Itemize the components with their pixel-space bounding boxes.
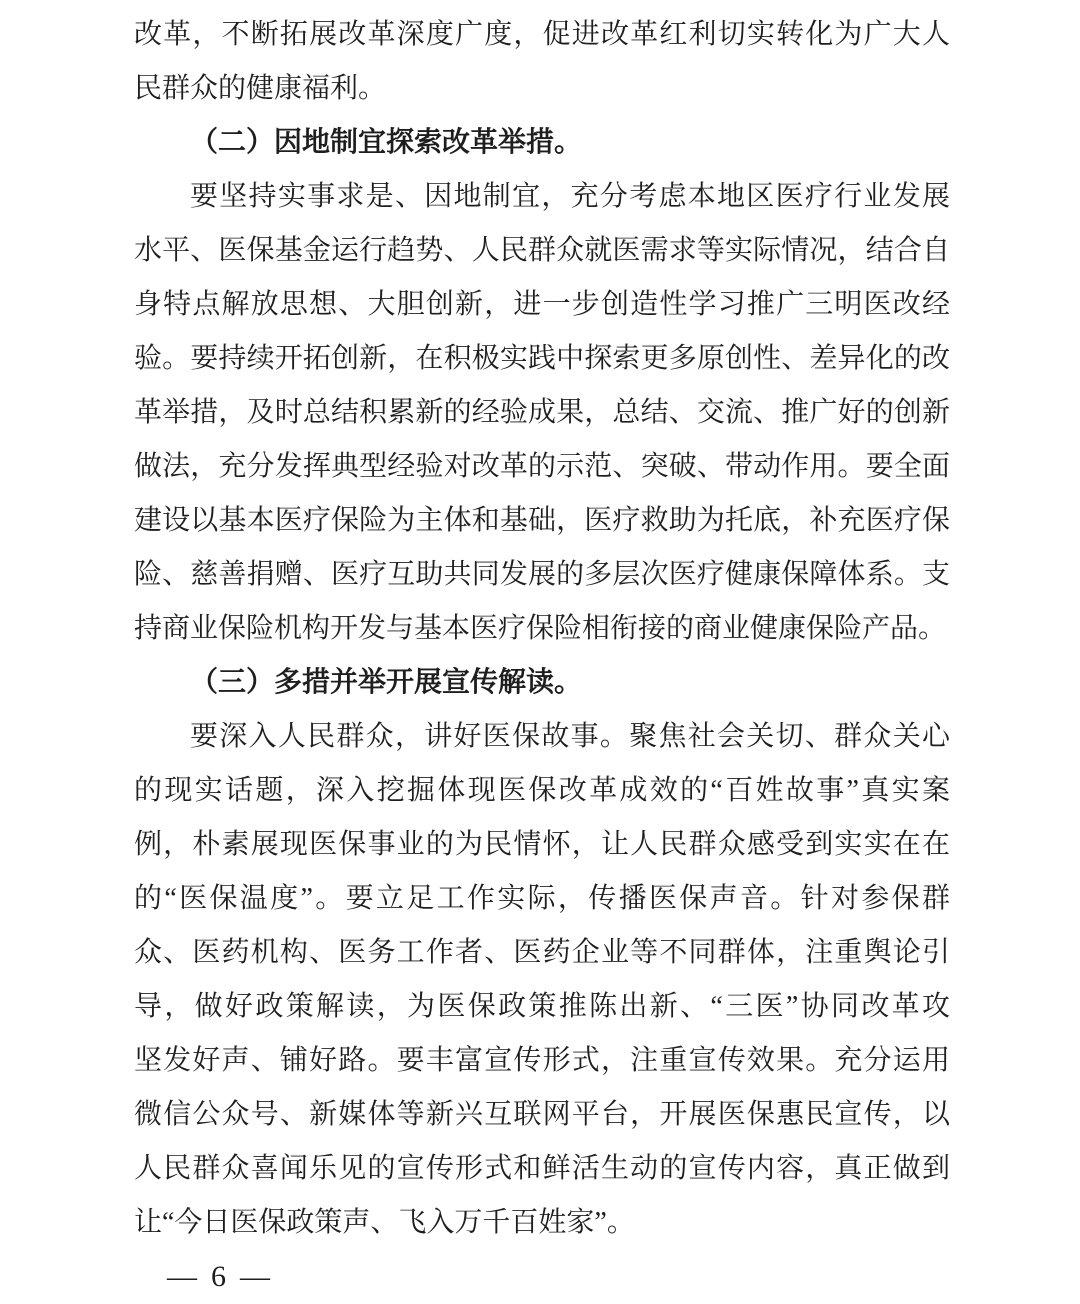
text-line: 民群众的健康福利。 — [134, 62, 950, 116]
section-heading-3: （三）多措并举开展宣传解读。 — [134, 656, 950, 710]
text-line: 众、医药机构、医务工作者、医药企业等不同群体，注重舆论引 — [134, 926, 950, 980]
document-page: 改革，不断拓展改革深度广度，促进改革红利切实转化为广大人 民群众的健康福利。 （… — [0, 0, 1080, 1304]
page-number: 6 — [211, 1260, 226, 1293]
text-line: 身特点解放思想、大胆创新，进一步创造性学习推广三明医改经 — [134, 278, 950, 332]
text-line: 水平、医保基金运行趋势、人民群众就医需求等实际情况，结合自 — [134, 224, 950, 278]
text-line: 微信公众号、新媒体等新兴互联网平台，开展医保惠民宣传，以 — [134, 1088, 950, 1142]
text-line: 验。要持续开拓创新，在积极实践中探索更多原创性、差异化的改 — [134, 332, 950, 386]
text-line: 的现实话题，深入挖掘体现医保改革成效的“百姓故事”真实案 — [134, 764, 950, 818]
text-line: 人民群众喜闻乐见的宣传形式和鲜活生动的宣传内容，真正做到 — [134, 1142, 950, 1196]
text-line: 建设以基本医疗保险为主体和基础，医疗救助为托底，补充医疗保 — [134, 494, 950, 548]
text-line: 持商业保险机构开发与基本医疗保险相衔接的商业健康保险产品。 — [134, 602, 950, 656]
text-line: 导，做好政策解读，为医保政策推陈出新、“三医”协同改革攻 — [134, 980, 950, 1034]
text-line: 让“今日医保政策声、飞入万千百姓家”。 — [134, 1196, 950, 1250]
footer-dash-right: — — [240, 1260, 270, 1293]
text-line: 革举措，及时总结积累新的经验成果，总结、交流、推广好的创新 — [134, 386, 950, 440]
text-line: 的“医保温度”。要立足工作实际，传播医保声音。针对参保群 — [134, 872, 950, 926]
text-line: 改革，不断拓展改革深度广度，促进改革红利切实转化为广大人 — [134, 8, 950, 62]
text-line: 险、慈善捐赠、医疗互助共同发展的多层次医疗健康保障体系。支 — [134, 548, 950, 602]
text-line: 做法，充分发挥典型经验对改革的示范、突破、带动作用。要全面 — [134, 440, 950, 494]
page-footer: —6— — [134, 1250, 950, 1304]
footer-dash-left: — — [167, 1260, 197, 1293]
text-line: 要深入人民群众，讲好医保故事。聚焦社会关切、群众关心 — [134, 710, 950, 764]
text-line: 坚发好声、铺好路。要丰富宣传形式，注重宣传效果。充分运用 — [134, 1034, 950, 1088]
text-line: 要坚持实事求是、因地制宜，充分考虑本地区医疗行业发展 — [134, 170, 950, 224]
text-line: 例，朴素展现医保事业的为民情怀，让人民群众感受到实实在在 — [134, 818, 950, 872]
section-heading-2: （二）因地制宜探索改革举措。 — [134, 116, 950, 170]
